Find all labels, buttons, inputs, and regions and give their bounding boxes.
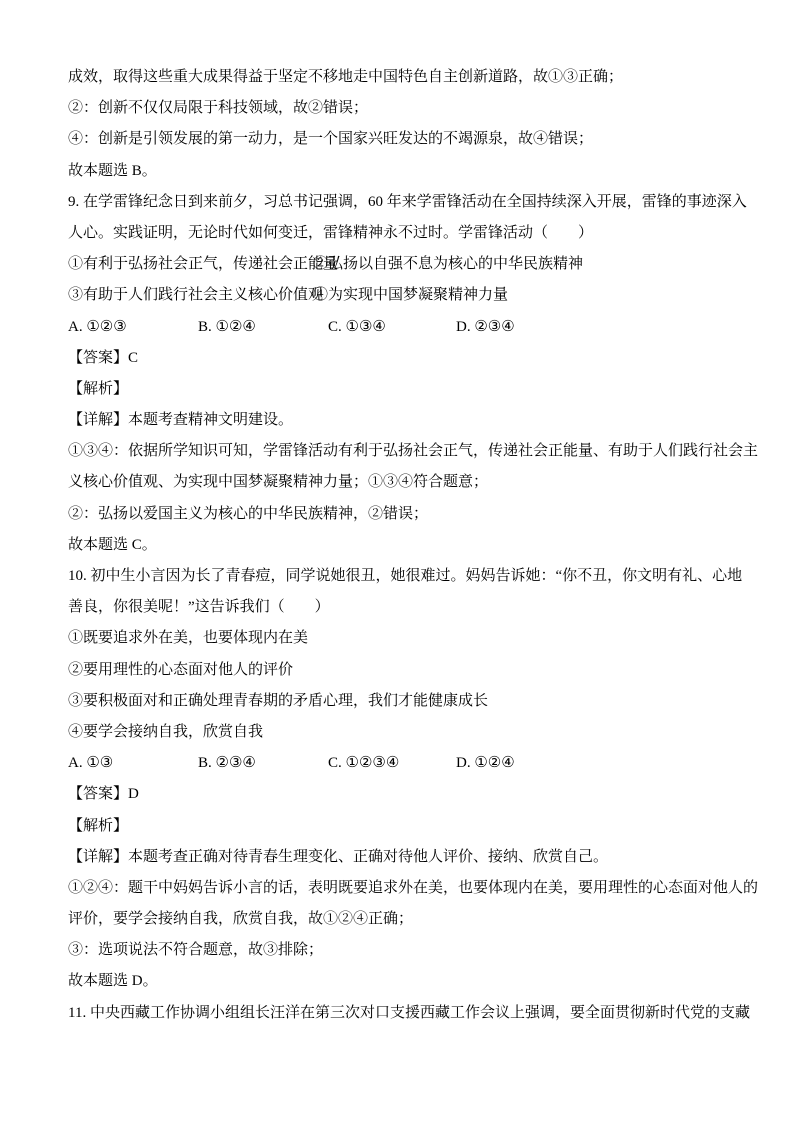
choice-options-segment: B. ②③④ bbox=[198, 748, 256, 779]
analysis-header: 【解析】 bbox=[68, 811, 728, 842]
question-stem: 11. 中央西藏工作协调小组组长汪洋在第三次对口支援西藏工作会议上强调，要全面贯… bbox=[68, 998, 728, 1029]
choice-options-segment: A. ①③ bbox=[68, 748, 113, 779]
document-body: 成效，取得这些重大成果得益于坚定不移地走中国特色自主创新道路，故①③正确；②：创… bbox=[68, 62, 728, 1029]
statement-options: ①有利于弘扬社会正气，传递社会正能量②弘扬以自强不息为核心的中华民族精神 bbox=[68, 249, 728, 280]
explanation-point: 评价，要学会接纳自我，欣赏自我，故①②④正确； bbox=[68, 904, 728, 935]
choice-options: A. ①②③B. ①②④C. ①③④D. ②③④ bbox=[68, 312, 728, 343]
answer-conclusion: 故本题选 D。 bbox=[68, 966, 728, 997]
explanation-point: ①②④：题干中妈妈告诉小言的话，表明既要追求外在美，也要体现内在美，要用理性的心… bbox=[68, 873, 728, 904]
choice-options-segment: B. ①②④ bbox=[198, 312, 256, 343]
statement-options-segment: ③有助于人们践行社会主义核心价值观 bbox=[68, 280, 323, 311]
choice-options-segment: C. ①②③④ bbox=[328, 748, 399, 779]
choice-options-segment: A. ①②③ bbox=[68, 312, 127, 343]
explanation-point: 成效，取得这些重大成果得益于坚定不移地走中国特色自主创新道路，故①③正确； bbox=[68, 62, 728, 93]
explanation-point: ①③④：依据所学知识可知，学雷锋活动有利于弘扬社会正气，传递社会正能量、有助于人… bbox=[68, 436, 728, 467]
statement-option: ④要学会接纳自我，欣赏自我 bbox=[68, 717, 728, 748]
statement-options-segment: ②弘扬以自强不息为核心的中华民族精神 bbox=[313, 249, 583, 280]
question-stem: 10. 初中生小言因为长了青春痘，同学说她很丑，她很难过。妈妈告诉她：“你不丑，… bbox=[68, 561, 728, 592]
explanation-point: ②：创新不仅仅局限于科技领域，故②错误； bbox=[68, 93, 728, 124]
explanation-point: ④：创新是引领发展的第一动力，是一个国家兴旺发达的不竭源泉，故④错误； bbox=[68, 124, 728, 155]
statement-options-segment: ④为实现中国梦凝聚精神力量 bbox=[313, 280, 508, 311]
answer-line: 【答案】C bbox=[68, 343, 728, 374]
choice-options-segment: C. ①③④ bbox=[328, 312, 386, 343]
exam-document-page: 成效，取得这些重大成果得益于坚定不移地走中国特色自主创新道路，故①③正确；②：创… bbox=[0, 0, 794, 1123]
statement-option: ①既要追求外在美，也要体现内在美 bbox=[68, 623, 728, 654]
statement-option: ③要积极面对和正确处理青春期的矛盾心理，我们才能健康成长 bbox=[68, 686, 728, 717]
answer-conclusion: 故本题选 C。 bbox=[68, 530, 728, 561]
explanation-point: 义核心价值观、为实现中国梦凝聚精神力量；①③④符合题意； bbox=[68, 467, 728, 498]
choice-options-segment: D. ②③④ bbox=[456, 312, 515, 343]
answer-conclusion: 故本题选 B。 bbox=[68, 156, 728, 187]
explanation-intro: 【详解】本题考查精神文明建设。 bbox=[68, 405, 728, 436]
explanation-point: ②：弘扬以爱国主义为核心的中华民族精神，②错误； bbox=[68, 499, 728, 530]
choice-options-segment: D. ①②④ bbox=[456, 748, 515, 779]
question-stem: 9. 在学雷锋纪念日到来前夕，习总书记强调，60 年来学雷锋活动在全国持续深入开… bbox=[68, 187, 728, 218]
statement-options: ③有助于人们践行社会主义核心价值观④为实现中国梦凝聚精神力量 bbox=[68, 280, 728, 311]
question-stem: 善良，你很美呢！”这告诉我们（ ） bbox=[68, 592, 728, 623]
question-stem: 人心。实践证明，无论时代如何变迁，雷锋精神永不过时。学雷锋活动（ ） bbox=[68, 218, 728, 249]
statement-options-segment: ①有利于弘扬社会正气，传递社会正能量 bbox=[68, 249, 338, 280]
answer-line: 【答案】D bbox=[68, 779, 728, 810]
explanation-intro: 【详解】本题考查正确对待青春生理变化、正确对待他人评价、接纳、欣赏自己。 bbox=[68, 842, 728, 873]
explanation-point: ③：选项说法不符合题意，故③排除； bbox=[68, 935, 728, 966]
statement-option: ②要用理性的心态面对他人的评价 bbox=[68, 655, 728, 686]
choice-options: A. ①③B. ②③④C. ①②③④D. ①②④ bbox=[68, 748, 728, 779]
analysis-header: 【解析】 bbox=[68, 374, 728, 405]
